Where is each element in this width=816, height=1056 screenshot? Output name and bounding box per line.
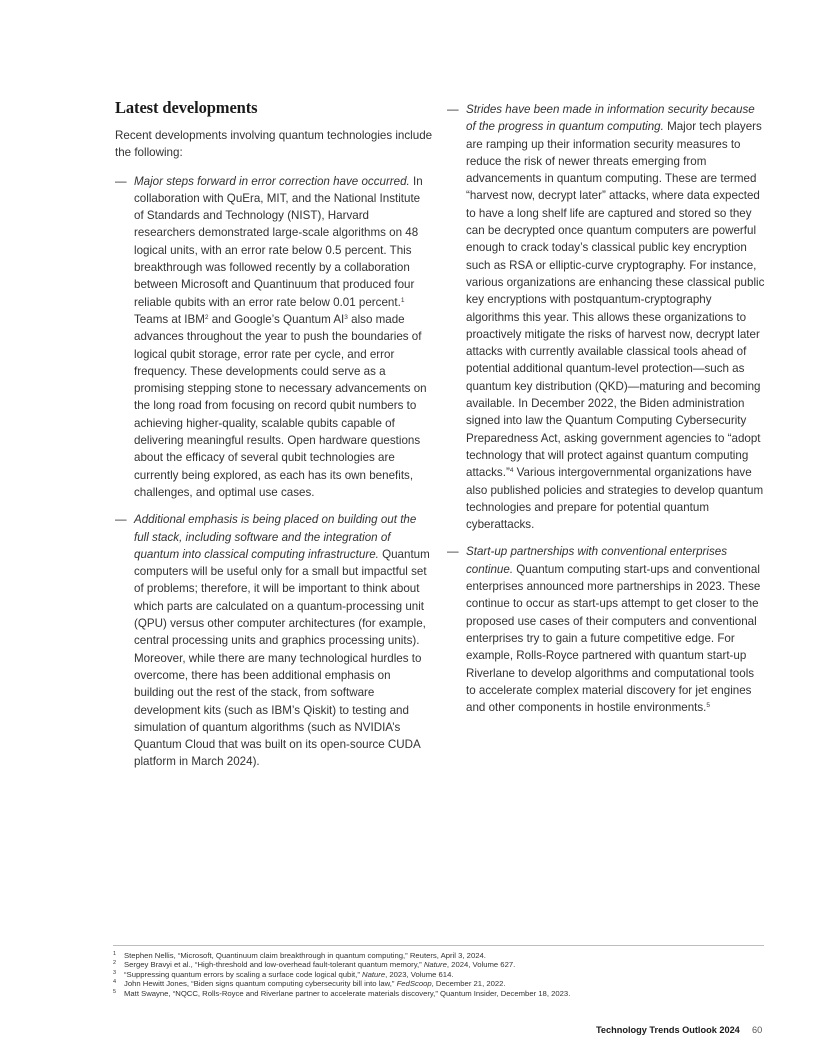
footnote-4: 4John Hewitt Jones, “Biden signs quantum… — [113, 979, 773, 988]
footnote-text: Sergey Bravyi et al., “High-threshold an… — [124, 960, 424, 969]
footnote-source: FedScoop — [397, 979, 432, 988]
footnote-number: 5 — [113, 988, 116, 997]
footnote-text: , December 21, 2022. — [432, 979, 506, 988]
footnote-ref[interactable]: 1 — [401, 297, 405, 304]
footnote-text: , 2023, Volume 614. — [385, 970, 453, 979]
footnote-text: , 2024, Volume 627. — [447, 960, 515, 969]
footnote-source: Nature — [424, 960, 447, 969]
bullet-lead: Additional emphasis is being placed on b… — [134, 513, 416, 561]
footnote-3: 3“Suppressing quantum errors by scaling … — [113, 970, 773, 979]
footnote-divider — [113, 945, 764, 946]
em-dash-bullet-icon: — — [447, 543, 459, 560]
footnotes: 1Stephen Nellis, “Microsoft, Quantinuum … — [113, 951, 773, 998]
bullet-body: Major tech players are ramping up their … — [466, 120, 764, 479]
section-heading: Latest developments — [115, 98, 433, 118]
footnote-text: Matt Swayne, “NQCC, Rolls-Royce and Rive… — [124, 989, 570, 998]
page-footer: Technology Trends Outlook 2024 60 — [596, 1025, 740, 1035]
page-number: 60 — [752, 1025, 762, 1035]
footnote-1: 1Stephen Nellis, “Microsoft, Quantinuum … — [113, 951, 773, 960]
footnote-source: Nature — [362, 970, 385, 979]
footnote-ref[interactable]: 5 — [706, 702, 710, 709]
bullet-error-correction: — Major steps forward in error correctio… — [115, 173, 433, 502]
right-column: — Strides have been made in information … — [447, 101, 765, 726]
bullet-body: Teams at IBM — [134, 313, 205, 326]
left-column: Latest developments Recent developments … — [115, 98, 433, 781]
footnote-2: 2Sergey Bravyi et al., “High-threshold a… — [113, 960, 773, 969]
footnote-number: 3 — [113, 969, 116, 978]
footnote-number: 1 — [113, 950, 116, 959]
bullet-startup-partnerships: — Start-up partnerships with conventiona… — [447, 543, 765, 716]
footnote-text: John Hewitt Jones, “Biden signs quantum … — [124, 979, 397, 988]
bullet-body: Various intergovernmental organizations … — [466, 466, 763, 531]
bullet-body: Quantum computing start-ups and conventi… — [466, 563, 760, 714]
bullet-lead: Major steps forward in error correction … — [134, 175, 410, 188]
bullet-full-stack: — Additional emphasis is being placed on… — [115, 511, 433, 770]
bullet-body: Quantum computers will be useful only fo… — [134, 548, 430, 769]
footnote-text: “Suppressing quantum errors by scaling a… — [124, 970, 362, 979]
bullet-body: In collaboration with QuEra, MIT, and th… — [134, 175, 423, 309]
footnote-number: 4 — [113, 978, 116, 987]
em-dash-bullet-icon: — — [447, 101, 459, 118]
footnote-5: 5Matt Swayne, “NQCC, Rolls-Royce and Riv… — [113, 989, 773, 998]
bullet-body: and Google’s Quantum AI — [209, 313, 345, 326]
intro-paragraph: Recent developments involving quantum te… — [115, 127, 433, 162]
footnote-number: 2 — [113, 959, 116, 968]
report-title: Technology Trends Outlook 2024 — [596, 1025, 740, 1035]
bullet-information-security: — Strides have been made in information … — [447, 101, 765, 533]
em-dash-bullet-icon: — — [115, 511, 127, 528]
em-dash-bullet-icon: — — [115, 173, 127, 190]
footnote-text: Stephen Nellis, “Microsoft, Quantinuum c… — [124, 951, 486, 960]
bullet-body: also made advances throughout the year t… — [134, 313, 427, 499]
